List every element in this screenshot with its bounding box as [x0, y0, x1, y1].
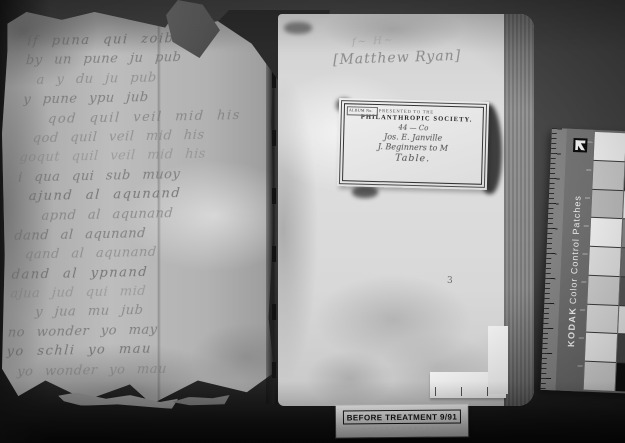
color-patch — [584, 362, 616, 391]
color-patch — [589, 247, 621, 276]
bookplate-inner: ALBUM No. PRESENTED TO THE PHILANTHROPIC… — [342, 103, 484, 185]
color-patch — [618, 306, 625, 336]
bookplate-handwriting: 44 — CoJos. E. JanvilleJ. Beginners to M… — [343, 122, 482, 166]
right-page: f~ H~ [Matthew Ryan] ALBUM No. PRESENTED… — [278, 14, 534, 406]
color-patch — [616, 363, 625, 393]
color-patch — [586, 304, 618, 333]
left-page-handwriting: if puna qui zoibby un pune ju puba y du … — [4, 27, 275, 387]
bookplate-handwriting-line: Table. — [343, 151, 481, 166]
strip-title-text: Color Control Patches — [568, 195, 583, 304]
before-treatment-label: BEFORE TREATMENT 9/91 · · · · · · · · · … — [336, 404, 468, 437]
left-page: if puna qui zoibby un pune ju puba y du … — [2, 12, 274, 404]
color-patch — [617, 335, 625, 365]
stain-blob — [284, 22, 312, 34]
color-patch — [587, 276, 619, 305]
stain-blob — [352, 186, 378, 198]
page-block-edge — [488, 326, 508, 394]
color-patch — [585, 333, 617, 362]
kodak-color-control-strip: KODAK Color Control Patches — [541, 128, 625, 395]
before-treatment-text: BEFORE TREATMENT 9/91 — [343, 409, 461, 424]
page-number: 3 — [447, 276, 453, 286]
strip-brand-text: KODAK — [566, 307, 578, 348]
conservation-photograph: if puna qui zoibby un pune ju puba y du … — [0, 0, 625, 443]
torn-paper-fragment — [172, 394, 231, 408]
color-patch — [619, 277, 625, 307]
bookplate-corner-note: ALBUM No. — [347, 106, 378, 116]
faint-inscription: f~ H~ — [352, 35, 395, 48]
color-patch — [590, 218, 622, 247]
handwriting-line: yo wonder yo mau — [5, 357, 254, 382]
color-patch — [594, 132, 625, 161]
color-patch — [592, 161, 624, 190]
page-edge-marks — [435, 387, 535, 396]
before-treatment-subtext: · · · · · · · · · · · · · · — [336, 424, 468, 430]
color-patch — [621, 248, 625, 278]
kodak-logo-icon — [573, 138, 588, 153]
name-inscription: [Matthew Ryan] — [333, 48, 462, 68]
color-patch — [591, 189, 623, 218]
book-cover-edge — [504, 14, 534, 406]
bookplate-label: ALBUM No. PRESENTED TO THE PHILANTHROPIC… — [337, 98, 489, 190]
